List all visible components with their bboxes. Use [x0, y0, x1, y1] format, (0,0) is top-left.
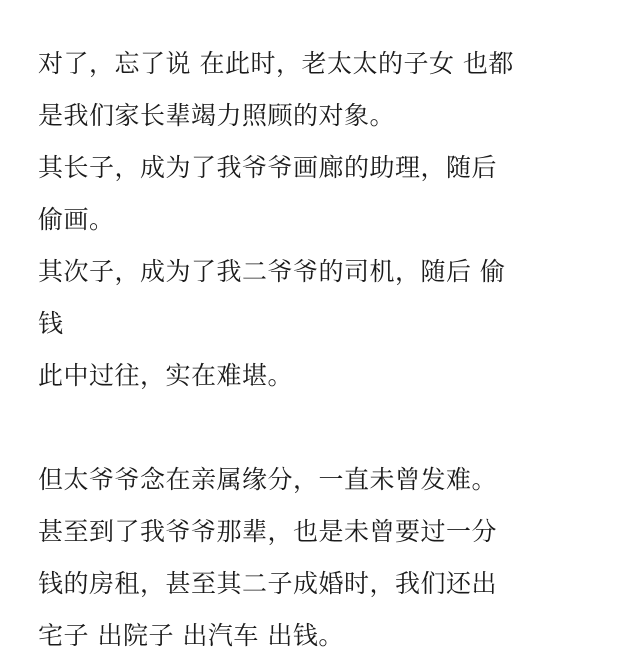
- text-line: 钱的房租，甚至其二子成婚时，我们还出: [38, 558, 618, 610]
- post-text-body: 对了，忘了说 在此时，老太太的子女 也都 是我们家长辈竭力照顾的对象。 其长子，…: [38, 38, 618, 659]
- text-line: 此中过往，实在难堪。: [38, 350, 618, 402]
- text-line: 宅子 出院子 出汽车 出钱。: [38, 610, 618, 659]
- text-line: 其次子，成为了我二爷爷的司机，随后 偷: [38, 246, 618, 298]
- text-line: 对了，忘了说 在此时，老太太的子女 也都: [38, 38, 618, 90]
- text-line: 甚至到了我爷爷那辈，也是未曾要过一分: [38, 506, 618, 558]
- text-line: 是我们家长辈竭力照顾的对象。: [38, 90, 618, 142]
- paragraph-1: 对了，忘了说 在此时，老太太的子女 也都 是我们家长辈竭力照顾的对象。 其长子，…: [38, 38, 618, 402]
- text-line: 但太爷爷念在亲属缘分，一直未曾发难。: [38, 454, 618, 506]
- paragraph-spacer: [38, 402, 618, 454]
- text-line: 偷画。: [38, 194, 618, 246]
- text-line: 其长子，成为了我爷爷画廊的助理，随后: [38, 142, 618, 194]
- paragraph-2: 但太爷爷念在亲属缘分，一直未曾发难。 甚至到了我爷爷那辈，也是未曾要过一分 钱的…: [38, 454, 618, 659]
- text-line: 钱: [38, 298, 618, 350]
